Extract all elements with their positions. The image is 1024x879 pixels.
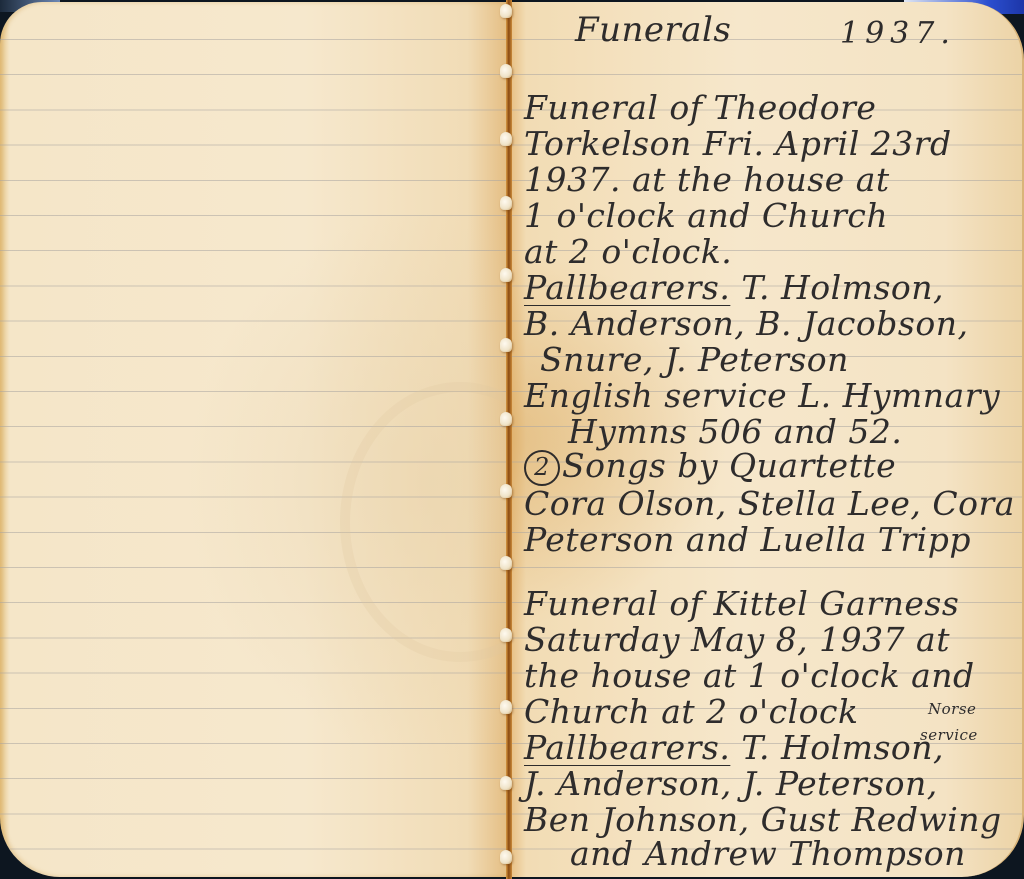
entry-2-pallbearers-row: Pallbearers. T. Holmson, [524, 728, 944, 767]
binding-stitch [500, 338, 512, 352]
entry-1-pallbearers-row: Pallbearers. T. Holmson, [524, 268, 944, 307]
entry-2-line: Funeral of Kittel Garness [524, 584, 959, 623]
entry-2-line: the house at 1 o'clock and [524, 656, 975, 695]
binding-stitch [500, 132, 512, 146]
page-title: Funerals [575, 10, 731, 50]
margin-note: Norse [928, 700, 976, 718]
binding-stitch [500, 412, 512, 426]
entry-1-line: Torkelson Fri. April 23rd [524, 124, 952, 163]
binding-stitch [500, 556, 512, 570]
entry-1-singers-line: Peterson and Luella Tripp [524, 520, 971, 559]
page-year: 1937. [840, 16, 956, 51]
entry-2-pallbearers-line: J. Anderson, J. Peterson, [524, 764, 938, 803]
entry-1-singers-line: Cora Olson, Stella Lee, Cora [524, 484, 1015, 523]
entry-1-pallbearers-line: Snure, J. Peterson [540, 340, 849, 379]
entry-1-line: at 2 o'clock. [524, 232, 732, 271]
binding-stitch [500, 64, 512, 78]
entry-2-line: Church at 2 o'clock [524, 692, 859, 731]
pallbearer-name: T. Holmson, [741, 728, 944, 767]
entry-1-line: Funeral of Theodore [524, 88, 876, 127]
entry-2-pallbearers-line: and Andrew Thompson [570, 834, 966, 873]
binding-stitch [500, 268, 512, 282]
songs-line: Songs by Quartette [562, 446, 896, 485]
binding-stitch [500, 484, 512, 498]
left-page [0, 2, 508, 877]
entry-1-line: 1937. at the house at [524, 160, 890, 199]
binding-stitch [500, 628, 512, 642]
entry-1-songs-row: 2Songs by Quartette [524, 446, 896, 486]
binding-stitch [500, 196, 512, 210]
circled-number: 2 [524, 450, 560, 486]
entry-1-service-line: English service L. Hymnary [524, 376, 1000, 415]
binding-stitch [500, 776, 512, 790]
pallbearers-label: Pallbearers. [524, 268, 730, 307]
binding-stitch [500, 850, 512, 864]
binding-stitch [500, 4, 512, 18]
pallbearers-label: Pallbearers. [524, 728, 730, 767]
pallbearer-name: T. Holmson, [741, 268, 944, 307]
entry-1-pallbearers-line: B. Anderson, B. Jacobson, [524, 304, 968, 343]
entry-1-line: 1 o'clock and Church [524, 196, 888, 235]
entry-2-line: Saturday May 8, 1937 at [524, 620, 950, 659]
binding-stitch [500, 700, 512, 714]
